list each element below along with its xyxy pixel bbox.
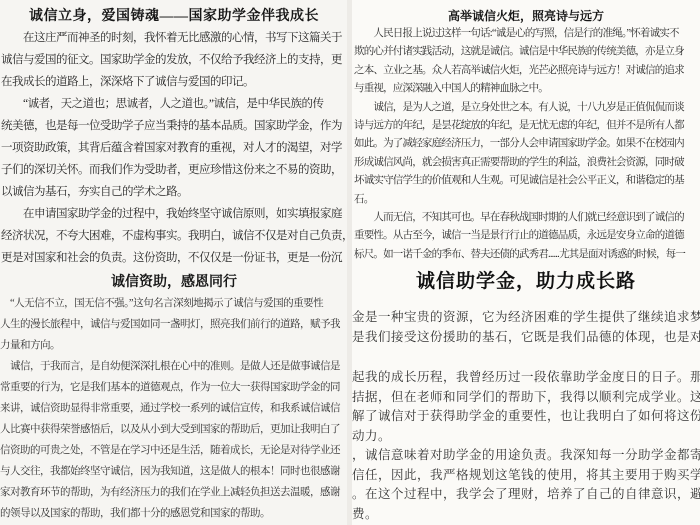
- text-line: 信资助的可贵之处，不管是在学习中还是生活，随着成长，无论是对待学业还: [0, 440, 348, 461]
- text-line: ，诚信意味着对助学金的用途负责。我深知每一分助学金都寄: [352, 446, 700, 466]
- paragraph: 人而无信，不知其可也。早在春秋战国时期的人们就已经意识到了诚信的重要性。从古至今…: [354, 209, 700, 264]
- text-line: 费。: [352, 505, 700, 525]
- text-line: 在申请国家助学金的过程中，我始终坚守诚信原则，如实填报家庭: [1, 203, 349, 225]
- paragraph: “人无信不立，国无信不强。”这句名言深刻地揭示了诚信与爱国的重要性人生的漫长旅程…: [0, 293, 348, 356]
- essay4-body-part2: 起我的成长历程，我曾经历过一段依靠助学金度日的日子。那拮据，但在老师和同学们的帮…: [352, 368, 700, 524]
- paragraph: 诚信，于我而言，是自幼便深深扎根在心中的准则。是做人还是做事诚信是常重要的行为，…: [0, 356, 348, 524]
- text-line: 信任，因此，我严格规划这笔钱的使用，将其主要用于购买学: [352, 466, 700, 486]
- essay4-title: 诚信助学金，助力成长路: [352, 266, 700, 293]
- text-line: 子们的深切关怀。而我们作为受助者，更应珍惜这份来之不易的资助，: [1, 159, 349, 181]
- text-line: 以诚信为基石，夯实自己的学术之路。: [1, 181, 349, 203]
- text-line: 诚信与爱国的征文。国家助学金的发放，不仅给予我经济上的支持，更: [1, 49, 349, 71]
- paragraph: 在这庄严而神圣的时刻，我怀着无比感激的心情，书写下这篇关于诚信与爱国的征文。国家…: [1, 27, 349, 93]
- left-page: 诚信立身，爱国铸魂——国家助学金伴我成长 在这庄严而神圣的时刻，我怀着无比感激的…: [0, 0, 348, 525]
- document-canvas: { "left_page": { "essay_top": { "title":…: [0, 0, 700, 525]
- text-line: 人而无信，不知其可也。早在春秋战国时期的人们就已经意识到了诚信的: [354, 209, 700, 227]
- text-line: 来讲，诚信资助显得非常重要，通过学校一系列的诚信宣传，和我系诚信诚信: [0, 398, 348, 419]
- text-line: 在我成长的道路上，深深烙下了诚信与爱国的印记。: [1, 71, 349, 93]
- text-line: 是我们接受这份援助的基石，它既是我们品德的体现，也是对: [352, 328, 700, 348]
- text-line: 诚信，是为人之道，是立身处世之本。有人说，十八九岁是正值侃侃而谈: [354, 99, 700, 117]
- text-line: 的领导以及国家的帮助，我们都十分的感恩党和国家的帮助。: [0, 503, 348, 524]
- text-line: 解了诚信对于获得助学金的重要性，也让我明白了如何将这份: [352, 407, 700, 427]
- paragraph: “诚者，天之道也；思诚者，人之道也。”诚信，是中华民族的传统美德，也是每一位受助…: [1, 93, 349, 203]
- text-line: 拮据，但在老师和同学们的帮助下，我得以顺利完成学业。这: [352, 388, 700, 408]
- text-line: 人民日报上说过这样一句话:“诚是心的写照，信是行的准绳。”怀着诚实不: [354, 25, 700, 43]
- essay1-title: 诚信立身，爱国铸魂——国家助学金伴我成长: [0, 5, 348, 25]
- text-line: 人比赛中获得荣誉感悟后，以及从小到大受到国家的帮助后，更加让我明白了: [0, 419, 348, 440]
- text-line: 。在这个过程中，我学会了理财，培养了自己的自律意识，避: [352, 485, 700, 505]
- text-line: 经济状况，不夸大困难，不虚构事实。我明白，诚信不仅是对自己负责，: [1, 225, 349, 247]
- essay3-title: 高举诚信火炬，照亮诗与远方: [352, 7, 700, 24]
- text-line: 诚信，于我而言，是自幼便深深扎根在心中的准则。是做人还是做事诚信是: [0, 356, 348, 377]
- paragraph: 在申请国家助学金的过程中，我始终坚守诚信原则，如实填报家庭经济状况，不夸大困难，…: [1, 203, 349, 269]
- text-line: 人生的漫长旅程中，诚信与爱国如同一盏明灯，照亮我们前行的道路，赋予我: [0, 314, 348, 335]
- text-line: “人无信不立，国无信不强。”这句名言深刻地揭示了诚信与爱国的重要性: [0, 293, 348, 314]
- right-page: 高举诚信火炬，照亮诗与远方 人民日报上说过这样一句话:“诚是心的写照，信是行的准…: [352, 0, 700, 525]
- text-line: 石。: [354, 191, 700, 209]
- text-line: 重要性。从古至今，诚信一当是景行行止的道德品质，永远是安身立命的道德: [354, 227, 700, 245]
- text-line: 力量和方向。: [0, 335, 348, 356]
- text-line: 统美德，也是每一位受助学子应当秉持的基本品质。国家助学金，作为: [1, 115, 349, 137]
- text-line: 更是对国家和社会的负责。这份资助，不仅仅是一份证书，更是一份沉: [1, 247, 349, 269]
- text-line: 如此。为了减轻家庭经济压力，一部分人会申请国家助学金。如果不在校园内: [354, 135, 700, 153]
- paragraph: 人民日报上说过这样一句话:“诚是心的写照，信是行的准绳。”怀着诚实不欺的心并付诸…: [354, 25, 700, 99]
- text-line: 金是一种宝贵的资源，它为经济困难的学生提供了继续追求梦: [352, 308, 700, 328]
- text-line: 诗与远方的年纪，是昙花绽放的年纪，是无忧无虑的年纪，但并不是所有人都: [354, 117, 700, 135]
- text-line: 常重要的行为，它是我们基本的道德观点，作为一位大一获得国家助学金的同: [0, 377, 348, 398]
- text-line: 形成诚信风尚，就会损害真正需要帮助的学生的利益，浪费社会资源，同时破: [354, 154, 700, 172]
- essay2-title: 诚信资助，感恩同行: [0, 271, 348, 291]
- text-line: 欺的心并付诸实践活动，这就是诚信。诚信是中华民族的传统美德，亦是立身: [354, 43, 700, 61]
- text-line: 动力。: [352, 427, 700, 447]
- text-line: 与人交往，我都始终坚守诚信，因为我知道，这是做人的根本！同时也很感谢: [0, 461, 348, 482]
- text-line: 之本、立业之基。众人若高举诚信火炬，光芒必照亮诗与远方！对诚信的追求: [354, 62, 700, 80]
- text-line: 家对教育环节的帮助，为有经济压力的我们在学业上减轻负担送去温暖，感谢: [0, 482, 348, 503]
- paragraph: 诚信，是为人之道，是立身处世之本。有人说，十八九岁是正值侃侃而谈诗与远方的年纪，…: [354, 99, 700, 209]
- essay2-body: “人无信不立，国无信不强。”这句名言深刻地揭示了诚信与爱国的重要性人生的漫长旅程…: [0, 293, 348, 524]
- essay3-body: 人民日报上说过这样一句话:“诚是心的写照，信是行的准绳。”怀着诚实不欺的心并付诸…: [354, 25, 700, 264]
- essay4-body-part1: 金是一种宝贵的资源，它为经济困难的学生提供了继续追求梦是我们接受这份援助的基石，…: [352, 308, 700, 347]
- text-line: 标尺。如一诺千金的季布、替夫还债的武秀君......尤其是面对诱惑的时候，每一: [354, 246, 700, 264]
- text-line: 一项资助政策，其背后蕴含着国家对教育的重视，对人才的渴望，对学: [1, 137, 349, 159]
- text-line: 在这庄严而神圣的时刻，我怀着无比感激的心情，书写下这篇关于: [1, 27, 349, 49]
- text-line: “诚者，天之道也；思诚者，人之道也。”诚信，是中华民族的传: [1, 93, 349, 115]
- text-line: 坏诚实守信学生的价值观和人生观。可见诚信是社会公平正义，和谐稳定的基: [354, 172, 700, 190]
- text-line: 起我的成长历程，我曾经历过一段依靠助学金度日的日子。那: [352, 368, 700, 388]
- essay1-body: 在这庄严而神圣的时刻，我怀着无比感激的心情，书写下这篇关于诚信与爱国的征文。国家…: [1, 27, 349, 269]
- text-line: 与重视，应深深融入中国人的精神血脉之中。: [354, 80, 700, 98]
